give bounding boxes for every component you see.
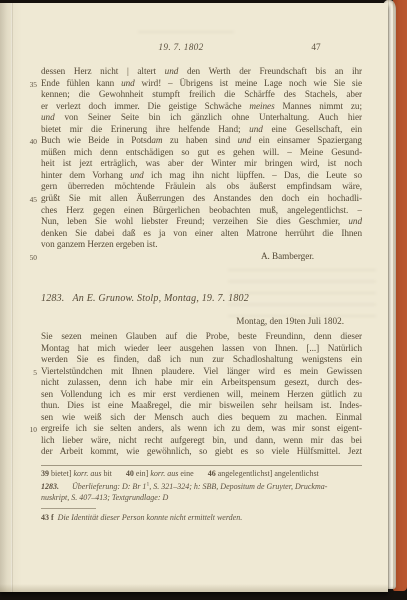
commentary-text: Die Identität dieser Person konnte nicht… xyxy=(58,513,243,522)
text-line: 40Buch wie Beide in Potsdam zu haben sin… xyxy=(22,135,362,147)
transmission-text: , S. 321–324; h: SBB, Depositum de Gruyt… xyxy=(149,482,327,491)
line-text: gern überreden möchtende Fräulein als ob… xyxy=(41,181,362,193)
text-line: hinter dem Vorhang und ich mag ihn nicht… xyxy=(22,170,362,182)
line-text: ergreife ich sie selten anders, als wenn… xyxy=(41,423,362,435)
line-text: heit ist jezt erträglich, was aber der W… xyxy=(41,158,362,170)
text-line: von ganzem Herzen ergeben ist. xyxy=(22,239,362,251)
text-line: 45grüßt Sie mit allen Äußerrungen des An… xyxy=(22,193,362,205)
line-text: nicht zulassen, denn ich habe mir ein Ar… xyxy=(41,377,362,389)
text-line: 50A. Bamberger. xyxy=(22,251,362,263)
line-text: denken Sie dabei daß es ja von einer alt… xyxy=(41,228,362,240)
text-line: ches Herz gegen einen Bürgerlichen beoba… xyxy=(22,205,362,217)
text-line: dessen Herz nicht | altert und den Werth… xyxy=(22,66,362,78)
line-text: Ende fühlen kann und wird! – Übrigens is… xyxy=(41,78,362,90)
variant-editorial-note: korr. aus xyxy=(150,469,178,478)
variant-entry: 46 angelegentlichst] angelentlichst xyxy=(208,469,319,478)
margin-line-number: 50 xyxy=(22,252,37,263)
text-line: 35Ende fühlen kann und wird! – Übrigens … xyxy=(22,78,362,90)
text-line: sen Vollendung ich es mir erst verdienen… xyxy=(22,389,362,401)
variant-line-ref: 40 xyxy=(126,469,134,478)
text-line: Montag hat mich wieder leer ausgehen las… xyxy=(22,343,362,355)
text-line: werden Sie es finden, daß ich nun zur Sc… xyxy=(22,354,362,366)
margin-line-number: 35 xyxy=(22,79,37,90)
commentary-line-ref: 43 f xyxy=(41,513,54,522)
line-text: kennen; die Gewohnheit stumpft freilich … xyxy=(41,89,362,101)
page-bottom-shade xyxy=(0,584,388,592)
line-text: Nun, leben Sie wohl liebster Freund; ver… xyxy=(41,216,362,228)
line-text: hinter dem Vorhang und ich mag ihn nicht… xyxy=(41,170,362,182)
letter-1283-body: Sie sezen meinen Glauben auf die Probe, … xyxy=(22,331,362,458)
text-line: kennen; die Gewohnheit stumpft freilich … xyxy=(22,89,362,101)
variant-reading: angelentlichst xyxy=(274,469,318,478)
variant-line-ref: 39 xyxy=(41,469,49,478)
letter-1283-end-body: dessen Herz nicht | altert und den Werth… xyxy=(22,66,362,262)
footnote-block: 39 bietet] korr. aus bit40 ein] korr. au… xyxy=(41,469,362,524)
commentary-separator-rule xyxy=(41,508,96,509)
line-text: und von Seiner Seite bin ich gänzlich oh… xyxy=(41,112,362,124)
line-text: Buch wie Beide in Potsdam zu haben sind … xyxy=(41,135,362,147)
text-line: müßen mich denn entschädigen so gut es g… xyxy=(22,147,362,159)
text-line: und von Seiner Seite bin ich gänzlich oh… xyxy=(22,112,362,124)
variant-entry: 40 ein] korr. aus eine xyxy=(126,469,194,478)
variant-editorial-note: korr. aus xyxy=(73,469,101,478)
text-line: gern überreden möchtende Fräulein als ob… xyxy=(22,181,362,193)
book-page: 19. 7. 1802 47 dessen Herz nicht | alter… xyxy=(0,3,388,592)
text-line: er verlezt doch immer. Die geistige Schw… xyxy=(22,101,362,113)
text-line: Sie sezen meinen Glauben auf die Probe, … xyxy=(22,331,362,343)
text-line: Nun, leben Sie wohl liebster Freund; ver… xyxy=(22,216,362,228)
variant-lemma: ein] xyxy=(136,469,148,478)
variant-entry: 39 bietet] korr. aus bit xyxy=(41,469,112,478)
margin-line-number: 10 xyxy=(22,424,37,435)
transmission-note-line-1: 1283.Überlieferung: D: Br 11, S. 321–324… xyxy=(41,482,362,493)
variant-apparatus-line: 39 bietet] korr. aus bit40 ein] korr. au… xyxy=(41,469,362,480)
text-line: 10ergreife ich sie selten anders, als we… xyxy=(22,423,362,435)
letter-heading: 1283.An E. Grunow. Stolp, Montag, 19. 7.… xyxy=(41,293,362,304)
line-text: sen Vollendung ich es mir erst verdienen… xyxy=(41,389,362,401)
margin-line-number: 45 xyxy=(22,194,37,205)
photographed-book-page: { "header": { "date": "19. 7. 1802", "pa… xyxy=(0,0,407,600)
line-text: dessen Herz nicht | altert und den Werth… xyxy=(41,66,362,78)
running-head-date: 19. 7. 1802 xyxy=(116,43,246,53)
line-text: er verlezt doch immer. Die geistige Schw… xyxy=(41,101,362,113)
text-line: denken Sie dabei daß es ja von einer alt… xyxy=(22,228,362,240)
transmission-text: nuskript, S. 407–413; Textgrundlage: D xyxy=(41,493,168,502)
line-text: Viertelstündchen mit Ihnen plaudere. Vie… xyxy=(41,366,362,378)
variant-line-ref: 46 xyxy=(208,469,216,478)
line-text: sen wie weiß sich der Mensch auch dies b… xyxy=(41,412,362,424)
text-line: 5Viertelstündchen mit Ihnen plaudere. Vi… xyxy=(22,366,362,378)
text-line: thun. Dies ist eine Maaßregel, die mir b… xyxy=(22,400,362,412)
footnote-separator-rule xyxy=(41,465,362,466)
line-text: thun. Dies ist eine Maaßregel, die mir b… xyxy=(41,400,362,412)
line-text: der Arbeit kommt, wie gewöhnlich, so gie… xyxy=(41,446,362,458)
transmission-note-line-2: nuskript, S. 407–413; Textgrundlage: D xyxy=(41,493,362,504)
line-text: grüßt Sie mit allen Äußerrungen des Anst… xyxy=(41,193,362,205)
text-line: bietet mir die Erinerung ihre helfende H… xyxy=(22,124,362,136)
line-text: A. Bamberger. xyxy=(41,251,362,263)
variant-lemma: angelegentlichst] xyxy=(218,469,273,478)
line-text: Sie sezen meinen Glauben auf die Probe, … xyxy=(41,331,362,343)
transmission-letter-number: 1283. xyxy=(41,482,59,491)
line-text: müßen mich denn entschädigen so gut es g… xyxy=(41,147,362,159)
text-line: lich lieber wäre, nicht recht aufgeregt … xyxy=(22,435,362,447)
text-line: heit ist jezt erträglich, was aber der W… xyxy=(22,158,362,170)
line-text: lich lieber wäre, nicht recht aufgeregt … xyxy=(41,435,362,447)
variant-reading: bit xyxy=(103,469,111,478)
margin-line-number: 40 xyxy=(22,136,37,147)
line-text: werden Sie es finden, daß ich nun zur Sc… xyxy=(41,354,362,366)
line-text: von ganzem Herzen ergeben ist. xyxy=(41,239,362,251)
variant-reading: eine xyxy=(180,469,193,478)
line-text: bietet mir die Erinerung ihre helfende H… xyxy=(41,124,362,136)
gutter-crease xyxy=(11,3,13,592)
letter-number: 1283. xyxy=(41,293,65,304)
running-head: 19. 7. 1802 47 xyxy=(0,43,388,56)
margin-line-number: 5 xyxy=(22,367,37,378)
show-through-ghost xyxy=(138,31,234,40)
page-number: 47 xyxy=(303,43,329,53)
commentary-note: 43 fDie Identität dieser Person konnte n… xyxy=(41,513,362,524)
letter-dateline: Montag, den 19ten Juli 1802. xyxy=(41,316,362,326)
line-text: Montag hat mich wieder leer ausgehen las… xyxy=(41,343,362,355)
line-text: ches Herz gegen einen Bürgerlichen beoba… xyxy=(41,205,362,217)
letter-title: An E. Grunow. Stolp, Montag, 19. 7. 1802 xyxy=(73,293,249,304)
text-line: der Arbeit kommt, wie gewöhnlich, so gie… xyxy=(22,446,362,458)
transmission-text: Überlieferung: D: Br 1 xyxy=(72,482,146,491)
variant-lemma: bietet] xyxy=(51,469,71,478)
text-line: sen wie weiß sich der Mensch auch dies b… xyxy=(22,412,362,424)
text-line: nicht zulassen, denn ich habe mir ein Ar… xyxy=(22,377,362,389)
